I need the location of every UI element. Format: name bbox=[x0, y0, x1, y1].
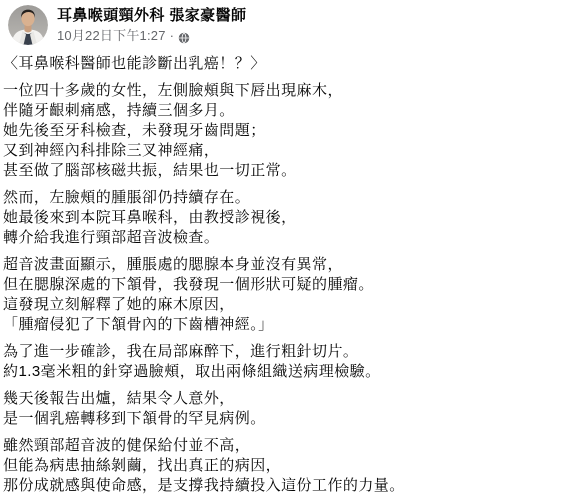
post-line: 又到神經內科排除三叉神經痛， bbox=[3, 141, 568, 161]
post-line: 但在腮腺深處的下頷骨，我發現一個形狀可疑的腫瘤。 bbox=[3, 275, 568, 295]
post-paragraph: 一位四十多歲的女性，左側臉頰與下唇出現麻木，伴隨牙齦刺痛感，持續三個多月。她先後… bbox=[3, 81, 568, 181]
post-text: 一位四十多歲的女性，左側臉頰與下唇出現麻木，伴隨牙齦刺痛感，持續三個多月。她先後… bbox=[3, 81, 568, 496]
post-paragraph: 雖然頸部超音波的健保給付並不高，但能為病患抽絲剝繭，找出真正的病因，那份成就感與… bbox=[3, 436, 568, 496]
post-line: 「腫瘤侵犯了下頷骨內的下齒槽神經。」 bbox=[3, 315, 568, 335]
timestamp[interactable]: 10月22日下午1:27 bbox=[57, 27, 166, 44]
post-line: 這發現立刻解釋了她的麻木原因， bbox=[3, 295, 568, 315]
post-line: 雖然頸部超音波的健保給付並不高， bbox=[3, 436, 568, 456]
page-name[interactable]: 耳鼻喉頭頸外科 張家豪醫師 bbox=[57, 6, 246, 26]
post-line: 那份成就感與使命感，是支撐我持續投入這份工作的力量。 bbox=[3, 476, 568, 496]
post-line: 她先後至牙科檢查，未發現牙齒問題； bbox=[3, 121, 568, 141]
facebook-post: 耳鼻喉頭頸外科 張家豪醫師 10月22日下午1:27 · 〈耳鼻喉科醫師也能診斷… bbox=[0, 0, 576, 501]
dot-separator: · bbox=[170, 27, 174, 44]
post-paragraph: 然而，左臉頰的腫脹卻仍持續存在。她最後來到本院耳鼻喉科，由教授診視後，轉介給我進… bbox=[3, 188, 568, 248]
post-body: 〈耳鼻喉科醫師也能診斷出乳癌！？〉 一位四十多歲的女性，左側臉頰與下唇出現麻木，… bbox=[0, 45, 576, 496]
header-info: 耳鼻喉頭頸外科 張家豪醫師 10月22日下午1:27 · bbox=[57, 5, 246, 44]
post-paragraph: 超音波畫面顯示，腫脹處的腮腺本身並沒有異常，但在腮腺深處的下頷骨，我發現一個形狀… bbox=[3, 255, 568, 335]
post-line: 她最後來到本院耳鼻喉科，由教授診視後， bbox=[3, 208, 568, 228]
post-line: 是一個乳癌轉移到下頷骨的罕見病例。 bbox=[3, 409, 568, 429]
post-line: 約1.3毫米粗的針穿過臉頰，取出兩條組織送病理檢驗。 bbox=[3, 362, 568, 382]
post-line: 甚至做了腦部核磁共振，結果也一切正常。 bbox=[3, 161, 568, 181]
post-paragraph: 為了進一步確診，我在局部麻醉下，進行粗針切片。約1.3毫米粗的針穿過臉頰，取出兩… bbox=[3, 342, 568, 382]
avatar[interactable] bbox=[8, 5, 48, 45]
post-header: 耳鼻喉頭頸外科 張家豪醫師 10月22日下午1:27 · bbox=[0, 0, 576, 45]
doctor-avatar-image bbox=[8, 5, 48, 45]
post-paragraph: 幾天後報告出爐，結果令人意外，是一個乳癌轉移到下頷骨的罕見病例。 bbox=[3, 389, 568, 429]
post-title: 〈耳鼻喉科醫師也能診斷出乳癌！？〉 bbox=[3, 54, 568, 74]
post-line: 但能為病患抽絲剝繭，找出真正的病因， bbox=[3, 456, 568, 476]
post-line: 一位四十多歲的女性，左側臉頰與下唇出現麻木， bbox=[3, 81, 568, 101]
globe-icon bbox=[178, 31, 190, 43]
post-line: 然而，左臉頰的腫脹卻仍持續存在。 bbox=[3, 188, 568, 208]
post-line: 轉介給我進行頸部超音波檢查。 bbox=[3, 228, 568, 248]
post-line: 幾天後報告出爐，結果令人意外， bbox=[3, 389, 568, 409]
post-meta: 10月22日下午1:27 · bbox=[57, 27, 246, 44]
post-line: 伴隨牙齦刺痛感，持續三個多月。 bbox=[3, 101, 568, 121]
post-line: 為了進一步確診，我在局部麻醉下，進行粗針切片。 bbox=[3, 342, 568, 362]
post-line: 超音波畫面顯示，腫脹處的腮腺本身並沒有異常， bbox=[3, 255, 568, 275]
